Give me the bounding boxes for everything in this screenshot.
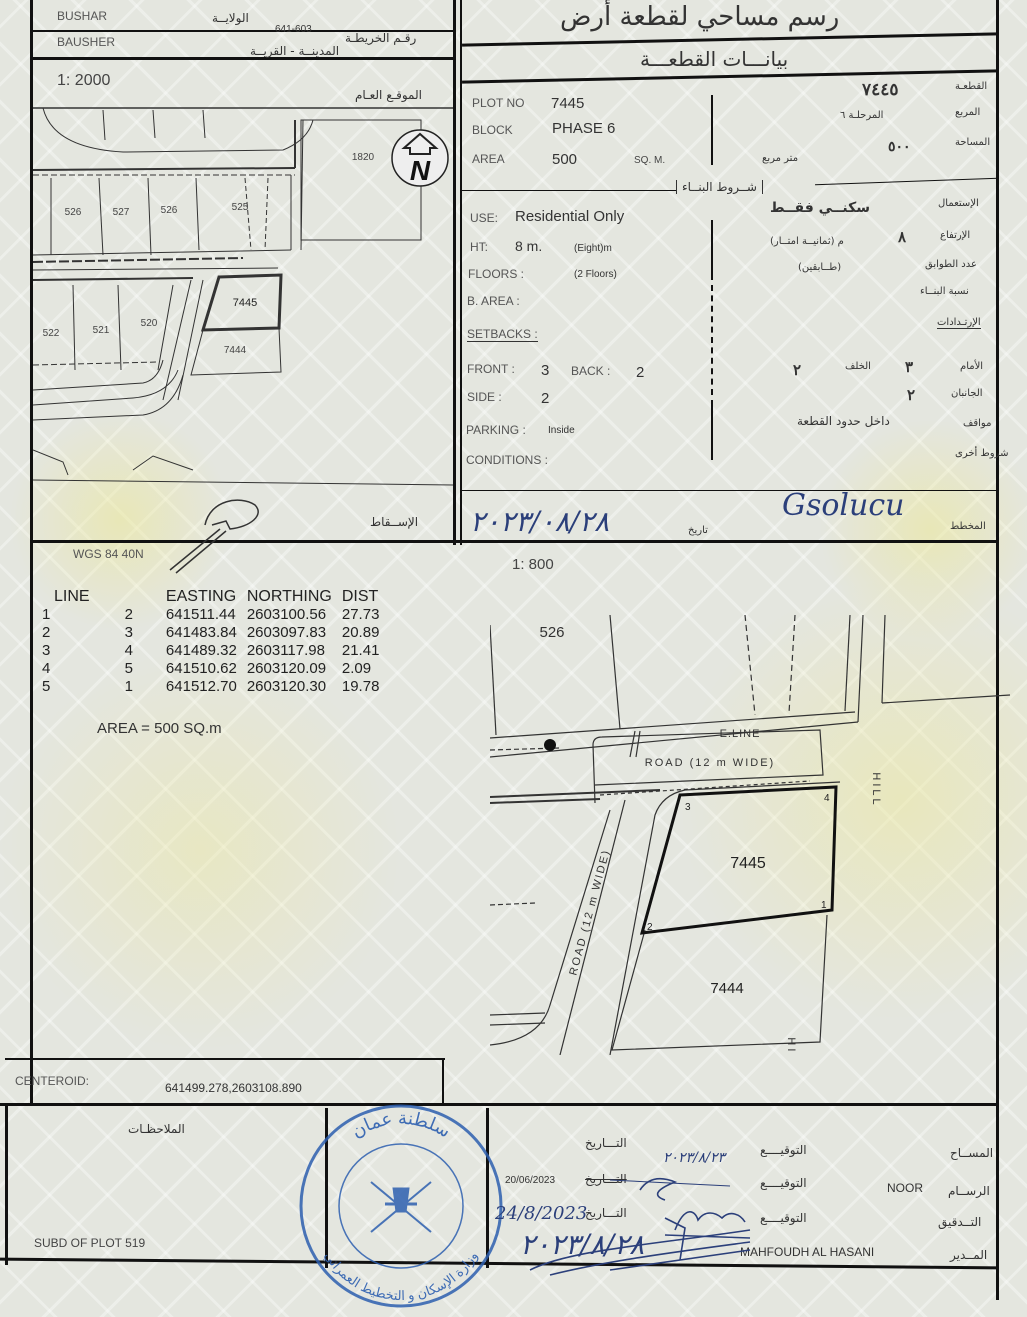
block-label: BLOCK xyxy=(472,123,513,137)
distance-cell: 27.73 xyxy=(337,606,385,624)
map-sheet-label-ar: رقـم الخريطـة xyxy=(345,31,416,45)
line-from-cell: 4 xyxy=(40,660,95,678)
remarks-note: SUBD OF PLOT 519 xyxy=(34,1236,145,1250)
centroid-label: CENTEROID: xyxy=(15,1074,89,1088)
plot-no-value: 7445 xyxy=(551,95,584,112)
projection-label-ar: الإســقاط xyxy=(370,515,418,529)
detail-map: 526 7445 7444 E.LINE ROAD (12 m WIDE) RO… xyxy=(490,585,1010,1055)
detail-map-scale: 1: 800 xyxy=(512,556,554,573)
plot-526-detail: 526 xyxy=(539,624,564,641)
area-unit-ar: متر مربع xyxy=(762,153,798,164)
line-to-cell: 5 xyxy=(95,660,138,678)
plot-no-ar: ٧٤٤٥ xyxy=(862,80,899,100)
easting-cell: 641511.44 xyxy=(138,606,242,624)
location-map-scale: 1: 2000 xyxy=(57,72,110,90)
building-conditions-title-ar: شــروط البنــاء xyxy=(676,180,763,194)
height-label: HT: xyxy=(470,240,488,254)
b-area-label: B. AREA : xyxy=(467,294,520,308)
easting-cell: 641483.84 xyxy=(138,624,242,642)
distance-cell: 19.78 xyxy=(337,678,385,696)
use-label: USE: xyxy=(470,211,498,225)
northing-cell: 2603120.30 xyxy=(242,678,337,696)
plot-525: 525 xyxy=(232,202,249,213)
frame-left-divider xyxy=(453,0,456,545)
plot-520: 520 xyxy=(141,318,158,329)
side-label: SIDE : xyxy=(467,390,502,404)
easting-cell: 641510.62 xyxy=(138,660,242,678)
rule xyxy=(462,32,998,46)
approval-date-handwritten: ٢٠٢٣/٠٨/٢٨ xyxy=(470,505,609,538)
corner-4: 4 xyxy=(824,793,830,804)
section-rule xyxy=(815,178,998,185)
approval-official-label-ar: المخطط xyxy=(950,521,986,532)
drafter-label-ar: الرســام xyxy=(948,1184,990,1198)
northing-cell: 2603117.98 xyxy=(242,642,337,660)
back-ar: ٢ xyxy=(793,361,801,379)
front-ar-label: الأمام xyxy=(960,361,983,372)
survey-sheet: BUSHAR BAUSHER الولايــة 641-603 رقـم ال… xyxy=(0,0,1027,1317)
approval-date-label-ar: تاريخ xyxy=(688,525,708,536)
handwritten-signatures xyxy=(490,1150,770,1280)
hill-label-1: HILL xyxy=(870,772,882,807)
approval-rule xyxy=(462,490,998,491)
hill-label-2: HILL xyxy=(785,1037,797,1055)
easting-cell: 641512.70 xyxy=(138,678,242,696)
plot-7444-detail: 7444 xyxy=(710,980,743,997)
side-value: 2 xyxy=(541,390,549,407)
coordinates-area: AREA = 500 SQ.m xyxy=(97,720,222,737)
rule xyxy=(30,57,455,60)
back-label: BACK : xyxy=(571,364,610,378)
front-value: 3 xyxy=(541,362,549,379)
height-ar: ٨ xyxy=(898,228,906,246)
floors-label: FLOORS : xyxy=(468,267,524,281)
line-from-cell: 2 xyxy=(40,624,95,642)
plot-no-label: PLOT NO xyxy=(472,96,524,110)
line-to-cell: 3 xyxy=(95,624,138,642)
map-sheet-no: 641-603 xyxy=(275,24,312,35)
eline-label: E.LINE xyxy=(720,728,761,740)
corner-1: 1 xyxy=(821,900,827,911)
road-horizontal-label: ROAD (12 m WIDE) xyxy=(645,757,775,769)
use-ar-label: الإستعمال xyxy=(938,198,979,209)
area-value: 500 xyxy=(552,151,577,168)
plot-no-ar-label: القطعـة xyxy=(955,81,987,92)
coordinates-header-row: LINE EASTING NORTHING DIST xyxy=(40,588,384,606)
block-value: PHASE 6 xyxy=(552,120,615,137)
document-title-ar: رسم مساحي لقطعة أرض xyxy=(560,2,839,32)
line-from-cell: 1 xyxy=(40,606,95,624)
road-vertical-label: ROAD (12 m WIDE) xyxy=(567,848,612,977)
area-ar-label: المساحة xyxy=(955,137,990,148)
height-words: (Eight)m xyxy=(574,243,612,254)
svg-text:وزارة الإسكان و التخطيط العمرا: وزارة الإسكان و التخطيط العمراني xyxy=(322,1249,482,1304)
centroid-box-top xyxy=(5,1058,445,1060)
front-label: FRONT : xyxy=(467,362,515,376)
surveyor-date-label-ar: التـــاريخ xyxy=(585,1136,627,1150)
column-divider xyxy=(711,95,713,165)
official-stamp-icon: سلطنة عمان وزارة الإسكان و التخطيط العمر… xyxy=(293,1092,508,1317)
survey-marker-icon xyxy=(544,739,556,751)
plot-527: 527 xyxy=(113,207,130,218)
area-unit: SQ. M. xyxy=(634,155,665,166)
line-to-cell: 2 xyxy=(95,606,138,624)
header-dist: DIST xyxy=(337,588,385,606)
height-ar-words: م (ثمانيــة امتــار) xyxy=(770,236,844,247)
northing-cell: 2603097.83 xyxy=(242,624,337,642)
side-ar: ٢ xyxy=(907,386,915,404)
line-from-cell: 5 xyxy=(40,678,95,696)
easting-cell: 641489.32 xyxy=(138,642,242,660)
drafter-name: NOOR xyxy=(887,1181,923,1195)
table-row: 51641512.702603120.3019.78 xyxy=(40,678,384,696)
surveyor-label-ar: المســاح xyxy=(950,1146,993,1160)
floors-value: (2 Floors) xyxy=(574,269,617,280)
column-divider xyxy=(711,285,713,395)
table-row: 45641510.622603120.092.09 xyxy=(40,660,384,678)
use-value: Residential Only xyxy=(515,208,624,225)
north-arrow-icon: N xyxy=(392,130,448,186)
coordinates-table: LINE EASTING NORTHING DIST 12641511.4426… xyxy=(40,588,384,696)
wilayat-label-ar: الولايــة xyxy=(212,11,249,25)
line-to-cell: 4 xyxy=(95,642,138,660)
plot-522: 522 xyxy=(43,328,60,339)
corner-2: 2 xyxy=(647,922,653,933)
area-label: AREA xyxy=(472,152,505,166)
column-divider xyxy=(711,220,713,280)
plot-7445-location: 7445 xyxy=(233,297,257,309)
height-value: 8 m. xyxy=(515,238,542,254)
location-map: 1820 526 527 526 525 7445 7444 522 521 5… xyxy=(33,100,453,520)
header-line-to xyxy=(95,588,138,606)
centroid-value: 641499.278,2603108.890 xyxy=(165,1081,302,1095)
remarks-box-left xyxy=(5,1105,8,1265)
plot-7444-location: 7444 xyxy=(224,345,247,356)
plot-data-title-ar: بيانـــات القطعـــة xyxy=(640,47,788,71)
setbacks-label: SETBACKS : xyxy=(467,327,538,342)
plot-521: 521 xyxy=(93,325,110,336)
corner-3: 3 xyxy=(685,802,691,813)
plot-526a: 526 xyxy=(65,207,82,218)
floors-ar: (طــابقين) xyxy=(798,262,841,273)
section-rule xyxy=(462,190,677,191)
datum-label: WGS 84 40N xyxy=(73,547,144,561)
back-value: 2 xyxy=(636,364,644,381)
block-ar-label: المربع xyxy=(955,107,980,118)
northing-cell: 2603120.09 xyxy=(242,660,337,678)
distance-cell: 20.89 xyxy=(337,624,385,642)
setbacks-ar-label: الإرتـدادات xyxy=(937,317,981,329)
header-line: LINE xyxy=(40,588,95,606)
director-label-ar: المــدير xyxy=(950,1248,987,1262)
line-to-cell: 1 xyxy=(95,678,138,696)
conditions-ar-label: شروط أخرى xyxy=(955,448,1008,459)
use-ar: سكنــي فقــط xyxy=(770,200,870,216)
back-ar-label: الخلف xyxy=(845,361,871,372)
column-divider xyxy=(711,400,713,460)
conditions-label: CONDITIONS : xyxy=(466,453,548,467)
parking-ar-label: مواقف xyxy=(963,418,991,429)
height-ar-label: الإرتفاع xyxy=(940,230,970,241)
checker-label-ar: التــدقيق xyxy=(938,1215,981,1229)
parking-value: Inside xyxy=(548,425,575,436)
remarks-label-ar: الملاحظـات xyxy=(128,1122,185,1136)
city-village-label-ar: المدينــة - القريــة xyxy=(250,44,339,58)
line-from-cell: 3 xyxy=(40,642,95,660)
plot-7445-detail: 7445 xyxy=(730,855,766,872)
handwritten-scribble xyxy=(160,495,270,575)
table-row: 23641483.842603097.8320.89 xyxy=(40,624,384,642)
wilayat-en-2: BAUSHER xyxy=(57,35,115,49)
distance-cell: 21.41 xyxy=(337,642,385,660)
plot-1820: 1820 xyxy=(352,152,375,163)
rule xyxy=(462,69,998,83)
distance-cell: 2.09 xyxy=(337,660,385,678)
parking-ar: داخل حدود القطعة xyxy=(797,414,890,428)
stamp-bottom-text: وزارة الإسكان و التخطيط العمراني xyxy=(322,1249,482,1304)
area-ar: ٥٠٠ xyxy=(888,138,911,155)
floors-ar-label: عدد الطوابق xyxy=(925,259,977,270)
front-ar: ٣ xyxy=(905,358,913,376)
parking-label: PARKING : xyxy=(466,423,526,437)
northing-cell: 2603100.56 xyxy=(242,606,337,624)
table-row: 34641489.322603117.9821.41 xyxy=(40,642,384,660)
header-northing: NORTHING xyxy=(242,588,337,606)
approval-signature: Gsolucu xyxy=(782,488,904,523)
plot-526b: 526 xyxy=(161,205,178,216)
svg-text:N: N xyxy=(410,155,431,186)
header-easting: EASTING xyxy=(138,588,242,606)
side-ar-label: الجانبان xyxy=(951,388,983,399)
block-ar: المرحلـة ٦ xyxy=(840,110,883,121)
table-row: 12641511.442603100.5627.73 xyxy=(40,606,384,624)
wilayat-en-1: BUSHAR xyxy=(57,9,107,23)
b-area-ar-label: نسبة البنــاء xyxy=(920,286,969,297)
